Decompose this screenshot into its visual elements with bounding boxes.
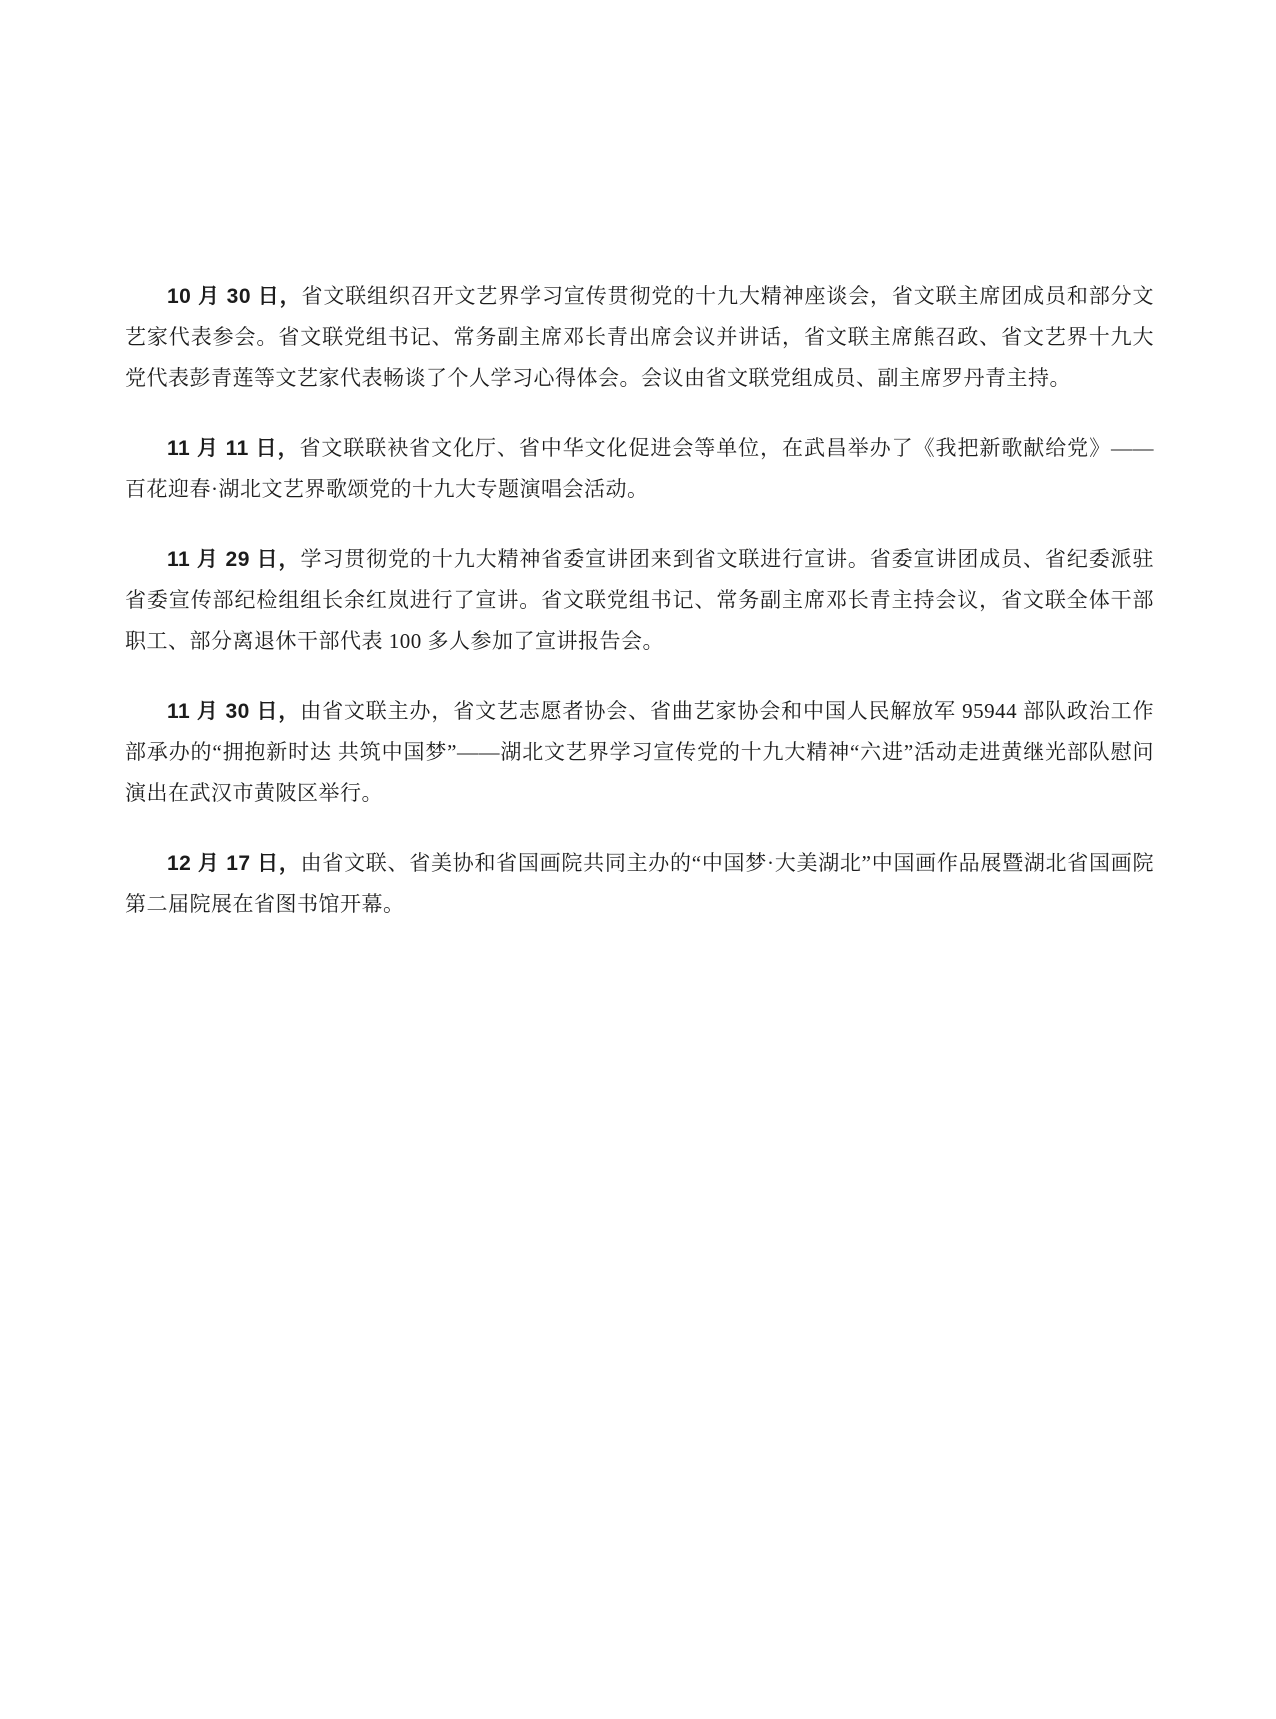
paragraph-date: 11 月 30 日，	[167, 700, 300, 723]
paragraph: 10 月 30 日，省文联组织召开文艺界学习宣传贯彻党的十九大精神座谈会，省文联…	[125, 276, 1154, 399]
paragraph-date: 11 月 11 日，	[167, 437, 300, 460]
paragraph: 11 月 29 日，学习贯彻党的十九大精神省委宣讲团来到省文联进行宣讲。省委宣讲…	[125, 539, 1154, 662]
paragraph: 11 月 30 日，由省文联主办，省文艺志愿者协会、省曲艺家协会和中国人民解放军…	[125, 691, 1154, 814]
paragraph-date: 12 月 17 日，	[167, 852, 301, 875]
paragraph-date: 11 月 29 日，	[167, 548, 300, 571]
document-page: 10 月 30 日，省文联组织召开文艺界学习宣传贯彻党的十九大精神座谈会，省文联…	[0, 0, 1276, 1719]
paragraph: 11 月 11 日，省文联联袂省文化厅、省中华文化促进会等单位，在武昌举办了《我…	[125, 428, 1154, 510]
paragraph-date: 10 月 30 日，	[167, 285, 301, 308]
paragraph: 12 月 17 日，由省文联、省美协和省国画院共同主办的“中国梦·大美湖北”中国…	[125, 843, 1154, 925]
